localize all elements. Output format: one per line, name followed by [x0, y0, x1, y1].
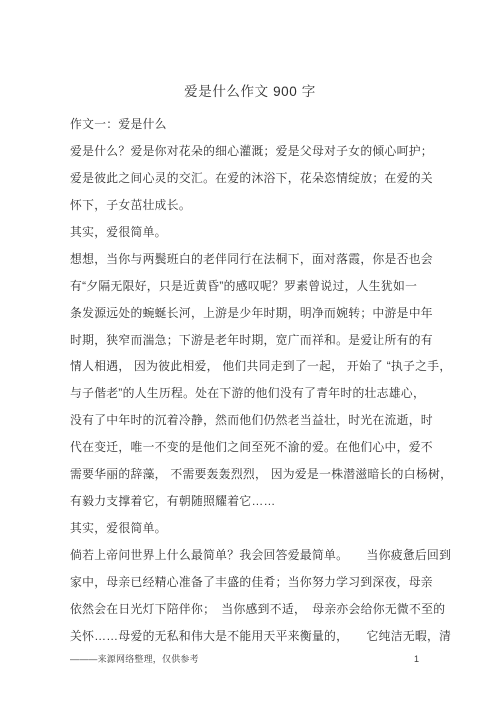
text-line: 爱是彼此之间心灵的交汇。在爱的沐浴下，花朵恣情绽放；在爱的关 — [70, 165, 442, 192]
text-line: 有“夕隔无限好，只是近黄昏”的感叹呢？罗素曾说过，人生犹如一 — [70, 273, 442, 300]
text-line: 与子偕老”的人生历程。处在下游的他们没有了青年时的壮志雄心， — [70, 380, 442, 407]
text-line: 作文一：爱是什么 — [70, 111, 442, 138]
text-line: 代在变迁，唯一不变的是他们之间至死不渝的爱。在他们心中，爱不 — [70, 434, 442, 461]
text-line: 家中，母亲已经精心准备了丰盛的佳肴；当你努力学习到深夜，母亲 — [70, 569, 442, 596]
text-line: 需要华丽的辞藻， 不需要轰轰烈烈， 因为爱是一株潜滋暗长的白杨树， — [70, 461, 442, 488]
essay-body: 作文一：爱是什么 爱是什么？爱是你对花朵的细心灌溉；爱是父母对子女的倾心呵护； … — [70, 111, 442, 650]
document-page: 爱是什么作文 900 字 作文一：爱是什么 爱是什么？爱是你对花朵的细心灌溉；爱… — [0, 0, 500, 708]
text-line: 情人相遇， 因为彼此相爱， 他们共同走到了一起， 开始了 “执子之手， — [70, 353, 442, 380]
text-line: 想想，当你与两鬓班白的老伴同行在法桐下，面对落霞，你是否也会 — [70, 246, 442, 273]
text-line: 条发源远处的蜿蜒长河，上游是少年时期，明净而婉转；中游是中年 — [70, 300, 442, 327]
text-line: 没有了中年时的沉着冷静，然而他们仍然老当益壮，时光在流逝，时 — [70, 407, 442, 434]
text-line: 其实，爱很简单。 — [70, 219, 442, 246]
page-number: 1 — [414, 652, 419, 667]
page-title: 爱是什么作文 900 字 — [0, 80, 500, 100]
text-line: 怀下，子女茁壮成长。 — [70, 192, 442, 219]
text-line: 有毅力支撑着它，有朝随照耀着它…… — [70, 488, 442, 515]
text-line: 倘若上帝问世界上什么最简单？我会回答爱最简单。 当你疲惫后回到 — [70, 542, 442, 569]
text-line: 依然会在日光灯下陪伴你； 当你感到不适， 母亲亦会给你无微不至的 — [70, 596, 442, 623]
source-note: ———来源网络整理，仅供参考 — [70, 652, 199, 667]
text-line: 其实，爱很简单。 — [70, 515, 442, 542]
page-footer: ———来源网络整理，仅供参考 1 — [70, 652, 430, 667]
text-line: 时期，狭窄而湍急；下游是老年时期，宽广而祥和。是爱让所有的有 — [70, 327, 442, 354]
text-line: 关怀……母爱的无私和伟大是不能用天平来衡量的， 它纯洁无暇，清 — [70, 623, 442, 650]
text-line: 爱是什么？爱是你对花朵的细心灌溉；爱是父母对子女的倾心呵护； — [70, 138, 442, 165]
